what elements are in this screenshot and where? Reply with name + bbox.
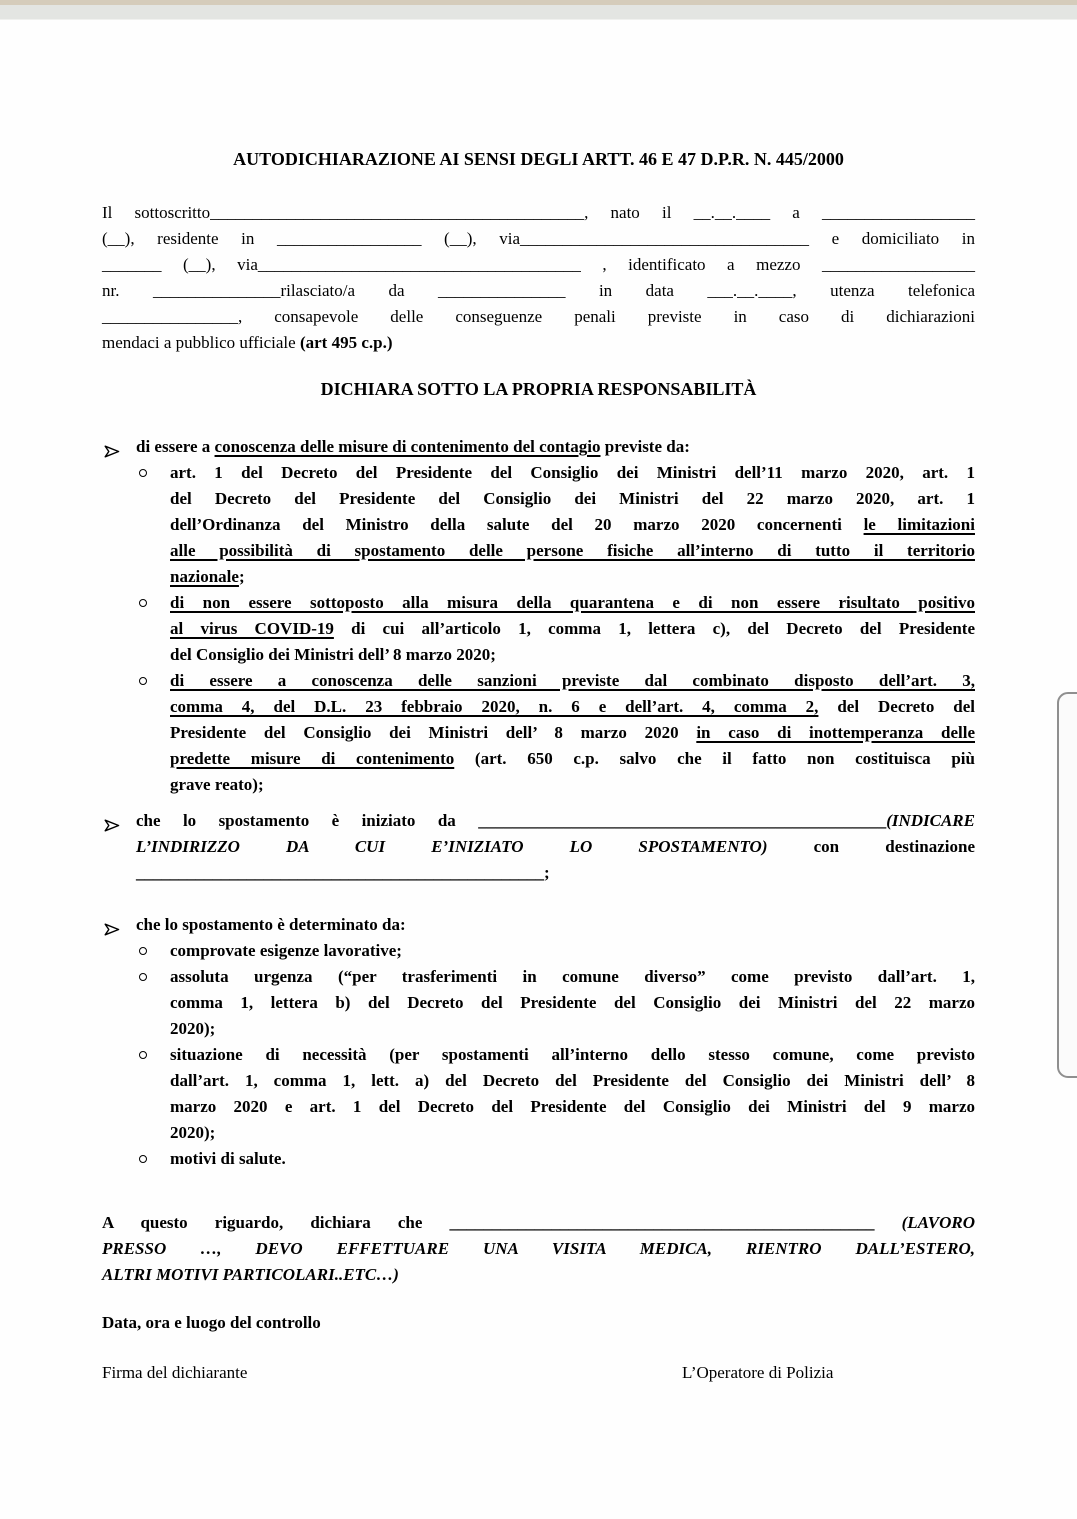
text-run: (art. 650 c.p. salvo che il fatto non co…: [454, 749, 975, 768]
circle-bullet-icon: [139, 973, 147, 981]
text-line: 2020);: [170, 1016, 975, 1042]
document-title: AUTODICHIARAZIONE AI SENSI DEGLI ARTT. 4…: [102, 146, 975, 172]
list-item-text: che lo spostamento è iniziato da _______…: [136, 808, 975, 886]
text-line: predette misure di contenimento (art. 65…: [170, 746, 975, 772]
text-line: assoluta urgenza (“per trasferimenti in …: [170, 964, 975, 990]
text-line: di essere a conoscenza delle misure di c…: [136, 434, 975, 460]
text-run: che lo spostamento è determinato da:: [136, 915, 406, 934]
text-line: ________________________________________…: [136, 860, 975, 886]
text-line: situazione di necessità (per spostamenti…: [170, 1042, 975, 1068]
arrow-bullet-icon: [104, 918, 120, 931]
text-run: Presidente del Consiglio dei Ministri de…: [170, 723, 696, 742]
text-line: dell’Ordinanza del Ministro della salute…: [170, 512, 975, 538]
text-run: situazione di necessità (per spostamenti…: [170, 1045, 975, 1064]
list-item-quarantena: di non essere sottoposto alla misura del…: [102, 590, 975, 668]
text-run: [875, 1213, 902, 1232]
text-run: del Consiglio dei Ministri dell’ 8 marzo…: [170, 645, 496, 664]
text-run: dall’art. 1, comma 1, lett. a) del Decre…: [170, 1071, 975, 1090]
list-item-sanzioni: di essere a conoscenza delle sanzioni pr…: [102, 668, 975, 798]
text-run: del Decreto del Presidente del Consiglio…: [170, 489, 975, 508]
text-run: A questo riguardo, dichiara che: [102, 1213, 450, 1232]
underlined-text: comma 4, del D.L. 23 febbraio 2020, n. 6…: [170, 697, 818, 716]
list-item-misure: di essere a conoscenza delle misure di c…: [102, 434, 975, 460]
text-line: art. 1 del Decreto del Presidente del Co…: [170, 460, 975, 486]
italic-text: L’INDIRIZZO DA CUI E’INIZIATO LO SPOSTAM…: [136, 837, 768, 856]
underlined-text: predette misure di contenimento: [170, 749, 454, 768]
text-run: assoluta urgenza (“per trasferimenti in …: [170, 967, 975, 986]
text-run: (__), residente in _________________ (__…: [102, 229, 975, 248]
arrow-bullet-icon: [104, 440, 120, 453]
list-item-urgenza: assoluta urgenza (“per trasferimenti in …: [102, 964, 975, 1042]
circle-bullet-icon: [139, 1051, 147, 1059]
police-operator-label: L’Operatore di Polizia: [682, 1360, 833, 1386]
underlined-text: le limitazioni: [864, 515, 975, 534]
italic-text: (INDICARE: [886, 811, 975, 830]
list-item-lavorative: comprovate esigenze lavorative;: [102, 938, 975, 964]
list-item-text: art. 1 del Decreto del Presidente del Co…: [170, 460, 975, 590]
list-item-text: di essere a conoscenza delle sanzioni pr…: [170, 668, 975, 798]
top-band: [0, 5, 1077, 20]
text-run: dell’Ordinanza del Ministro della salute…: [170, 515, 864, 534]
list-item-necessita: situazione di necessità (per spostamenti…: [102, 1042, 975, 1146]
list-item-text: che lo spostamento è determinato da:: [136, 912, 975, 938]
text-run: del Decreto del: [818, 697, 975, 716]
text-run: 2020);: [170, 1123, 215, 1142]
control-datetime-label: Data, ora e luogo del controllo: [102, 1310, 975, 1336]
list-item-text: di essere a conoscenza delle misure di c…: [136, 434, 975, 460]
text-line: nazionale;: [170, 564, 975, 590]
text-line: che lo spostamento è determinato da:: [136, 912, 975, 938]
declarant-signature-label: Firma del dichiarante: [102, 1360, 247, 1386]
circle-bullet-icon: [139, 599, 147, 607]
italic-text: ALTRI MOTIVI PARTICOLARI..ETC…): [102, 1265, 399, 1284]
text-run: marzo 2020 e art. 1 del Decreto del Pres…: [170, 1097, 975, 1116]
underlined-text: di non essere sottoposto alla misura del…: [170, 593, 975, 612]
italic-text: (LAVORO: [902, 1213, 975, 1232]
underlined-text: alle possibilità di spostamento delle pe…: [170, 541, 975, 560]
text-run: di cui all’articolo 1, comma 1, lettera …: [334, 619, 975, 638]
underlined-text: di essere a conoscenza delle sanzioni pr…: [170, 671, 975, 690]
arrow-bullet-icon: [104, 814, 120, 827]
text-line: comma 1, lettera b) del Decreto del Pres…: [170, 990, 975, 1016]
underlined-text: in caso di inottemperanza delle: [696, 723, 975, 742]
section-heading: DICHIARA SOTTO LA PROPRIA RESPONSABILITÀ: [102, 376, 975, 402]
list-item-text: situazione di necessità (per spostamenti…: [170, 1042, 975, 1146]
text-run: ________________, consapevole delle cons…: [102, 307, 975, 326]
text-line: comma 4, del D.L. 23 febbraio 2020, n. 6…: [170, 694, 975, 720]
scroll-thumb[interactable]: [1057, 692, 1077, 1078]
text-run: con destinazione: [768, 837, 976, 856]
text-line: ________________, consapevole delle cons…: [102, 304, 975, 330]
text-line: che lo spostamento è iniziato da _______…: [136, 808, 975, 834]
circle-bullet-icon: [139, 469, 147, 477]
text-line: L’INDIRIZZO DA CUI E’INIZIATO LO SPOSTAM…: [136, 834, 975, 860]
underlined-text: conoscenza delle misure di contenimento …: [215, 437, 601, 456]
italic-text: PRESSO …, DEVO EFFETTUARE UNA VISITA MED…: [102, 1239, 975, 1258]
text-run: mendaci a pubblico ufficiale: [102, 333, 300, 352]
text-run: _______ (__), via_______________________…: [102, 255, 975, 274]
text-run: (art 495 c.p.): [300, 333, 393, 352]
list-item-text: comprovate esigenze lavorative;: [170, 938, 975, 964]
underlined-text: al virus COVID-19: [170, 619, 334, 638]
text-line: motivi di salute.: [170, 1146, 975, 1172]
text-line: del Consiglio dei Ministri dell’ 8 marzo…: [170, 642, 975, 668]
text-line: Presidente del Consiglio dei Ministri de…: [170, 720, 975, 746]
text-run: previste da:: [600, 437, 689, 456]
text-run: ________________________________________…: [136, 863, 550, 882]
text-line: ALTRI MOTIVI PARTICOLARI..ETC…): [102, 1262, 975, 1288]
circle-bullet-icon: [139, 1155, 147, 1163]
text-line: nr. _______________rilasciato/a da _____…: [102, 278, 975, 304]
text-line: di non essere sottoposto alla misura del…: [170, 590, 975, 616]
text-run: motivi di salute.: [170, 1149, 286, 1168]
text-line: al virus COVID-19 di cui all’articolo 1,…: [170, 616, 975, 642]
text-line: alle possibilità di spostamento delle pe…: [170, 538, 975, 564]
text-run: che lo spostamento è iniziato da: [136, 811, 478, 830]
text-run: ________________________________________…: [450, 1213, 875, 1232]
text-run: grave reato);: [170, 775, 264, 794]
text-run: ________________________________________…: [478, 811, 886, 830]
signature-row: Firma del dichiarante L’Operatore di Pol…: [102, 1360, 975, 1386]
text-line: dall’art. 1, comma 1, lett. a) del Decre…: [170, 1068, 975, 1094]
circle-bullet-icon: [139, 677, 147, 685]
text-run: art. 1 del Decreto del Presidente del Co…: [170, 463, 975, 482]
document-content: AUTODICHIARAZIONE AI SENSI DEGLI ARTT. 4…: [0, 146, 1077, 1386]
text-line: PRESSO …, DEVO EFFETTUARE UNA VISITA MED…: [102, 1236, 975, 1262]
text-line: comprovate esigenze lavorative;: [170, 938, 975, 964]
list-item-salute: motivi di salute.: [102, 1146, 975, 1172]
text-line: grave reato);: [170, 772, 975, 798]
text-run: nr. _______________rilasciato/a da _____…: [102, 281, 975, 300]
list-item-text: di non essere sottoposto alla misura del…: [170, 590, 975, 668]
text-run: Il sottoscritto_________________________…: [102, 203, 975, 222]
document-page: AUTODICHIARAZIONE AI SENSI DEGLI ARTT. 4…: [0, 0, 1077, 1519]
text-line: _______ (__), via_______________________…: [102, 252, 975, 278]
text-run: di essere a: [136, 437, 215, 456]
text-line: di essere a conoscenza delle sanzioni pr…: [170, 668, 975, 694]
intro-paragraph: Il sottoscritto_________________________…: [102, 200, 975, 356]
circle-bullet-icon: [139, 947, 147, 955]
text-run: ;: [239, 567, 245, 586]
list-item-spostamento-determinato: che lo spostamento è determinato da:: [102, 912, 975, 938]
text-run: comprovate esigenze lavorative;: [170, 941, 402, 960]
text-run: comma 1, lettera b) del Decreto del Pres…: [170, 993, 975, 1012]
list-item-dpcm: art. 1 del Decreto del Presidente del Co…: [102, 460, 975, 590]
list-item-text: assoluta urgenza (“per trasferimenti in …: [170, 964, 975, 1042]
text-line: A questo riguardo, dichiara che ________…: [102, 1210, 975, 1236]
list-item-text: motivi di salute.: [170, 1146, 975, 1172]
text-line: (__), residente in _________________ (__…: [102, 226, 975, 252]
text-line: 2020);: [170, 1120, 975, 1146]
underlined-text: nazionale: [170, 567, 239, 586]
text-line: mendaci a pubblico ufficiale (art 495 c.…: [102, 330, 975, 356]
text-line: del Decreto del Presidente del Consiglio…: [170, 486, 975, 512]
closing-paragraph: A questo riguardo, dichiara che ________…: [102, 1210, 975, 1288]
text-line: marzo 2020 e art. 1 del Decreto del Pres…: [170, 1094, 975, 1120]
text-run: 2020);: [170, 1019, 215, 1038]
list-item-spostamento-iniziato: che lo spostamento è iniziato da _______…: [102, 808, 975, 886]
text-line: Il sottoscritto_________________________…: [102, 200, 975, 226]
